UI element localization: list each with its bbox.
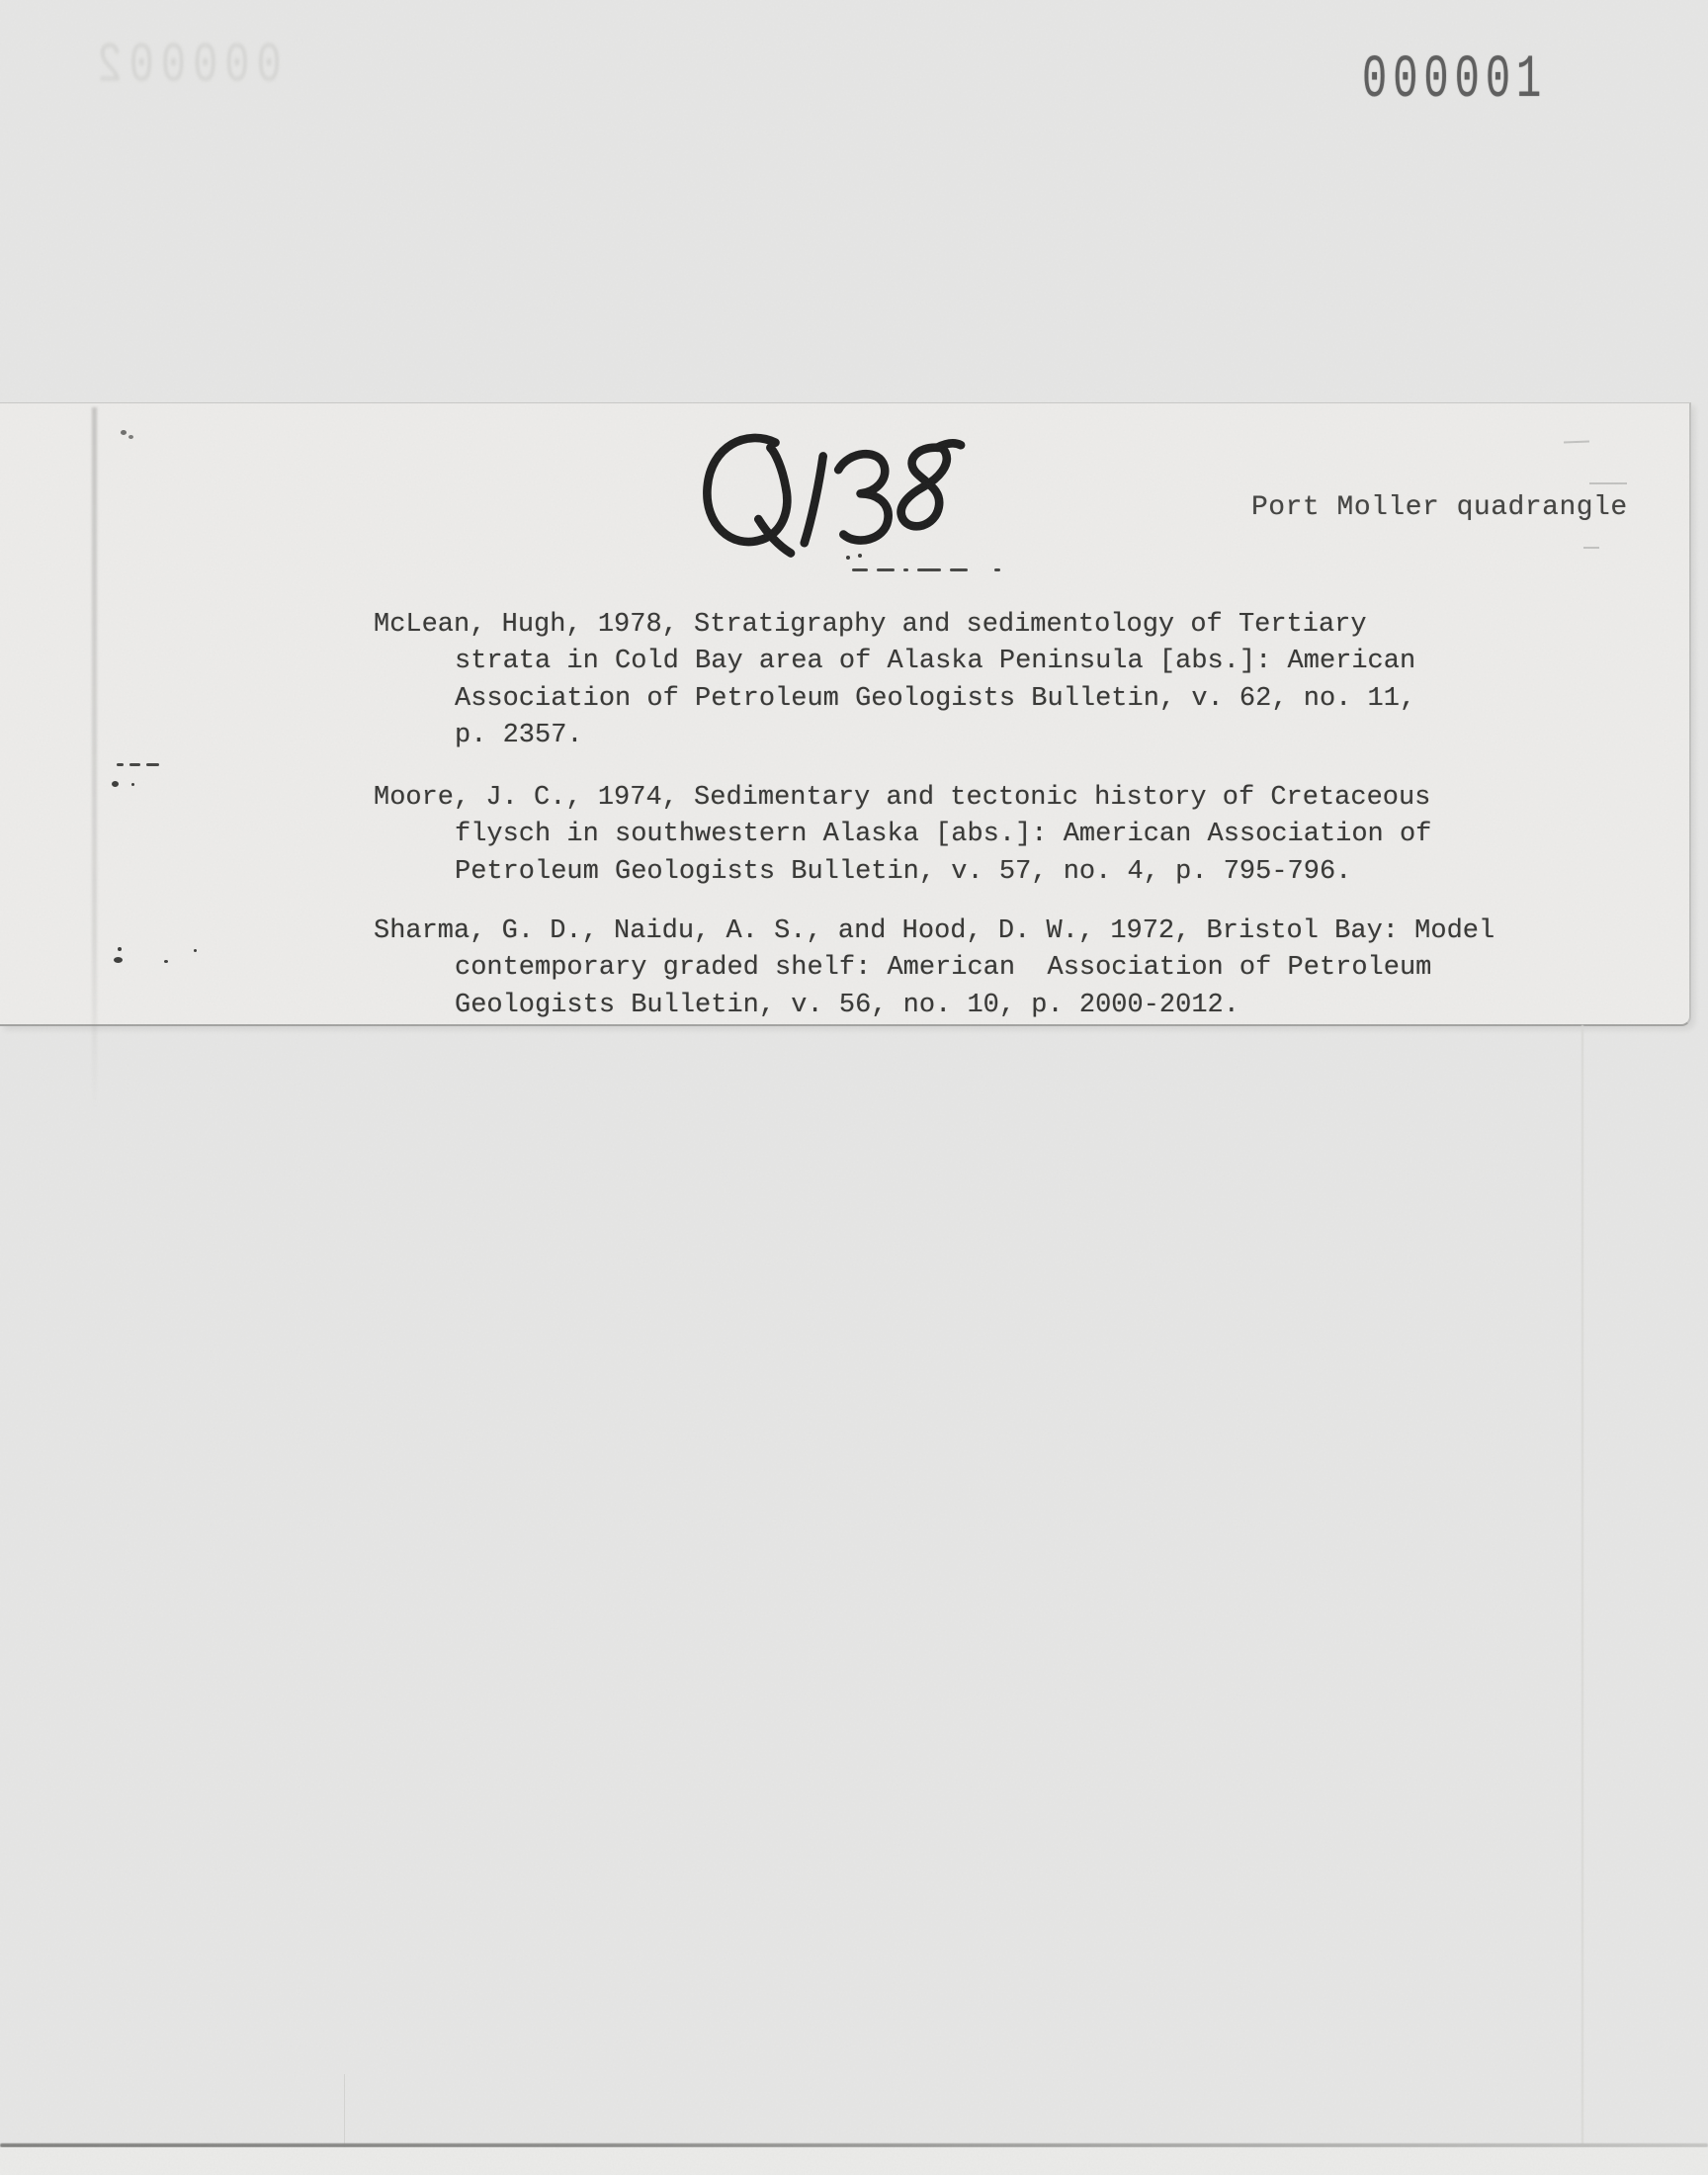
bleedthrough-stamp: 000002 <box>57 34 314 98</box>
entry-line: flysch in southwestern Alaska [abs.]: Am… <box>374 817 1678 853</box>
quadrangle-label: Port Moller quadrangle <box>1251 492 1628 523</box>
faint-dash <box>1583 547 1599 549</box>
handwritten-card-number <box>687 427 968 564</box>
paper-grain-texture <box>0 0 1708 2175</box>
smudge-dot <box>118 947 122 951</box>
paper-crease <box>92 407 97 1109</box>
page-number-stamp: 000001 <box>1362 45 1547 115</box>
smudge-dot <box>112 781 119 787</box>
entry-line: strata in Cold Bay area of Alaska Penins… <box>374 644 1678 680</box>
smudge-dot <box>114 957 123 963</box>
speck <box>128 435 133 439</box>
entry-line: Petroleum Geologists Bulletin, v. 57, no… <box>374 854 1678 891</box>
smudge-dot <box>164 960 168 963</box>
entry-line: p. 2357. <box>374 718 1678 754</box>
entry-line: Sharma, G. D., Naidu, A. S., and Hood, D… <box>374 913 1678 950</box>
entry-line: Moore, J. C., 1974, Sedimentary and tect… <box>374 780 1678 817</box>
sheet-edge <box>1581 1025 1583 2145</box>
smudge-dashes <box>117 763 159 766</box>
scanned-page: 000002 000001 Port Moller quadrangle McL… <box>0 0 1708 2175</box>
speck <box>121 430 127 435</box>
reference-entry-mclean: McLean, Hugh, 1978, Stratigraphy and sed… <box>374 607 1678 754</box>
smudge-dot <box>131 783 134 786</box>
scan-bottom-strip <box>0 2147 1708 2175</box>
entry-line: Association of Petroleum Geologists Bull… <box>374 681 1678 718</box>
smudge-dashes <box>852 568 1000 571</box>
smudge-dot <box>194 949 197 952</box>
entry-line: McLean, Hugh, 1978, Stratigraphy and sed… <box>374 607 1678 644</box>
reference-entry-sharma: Sharma, G. D., Naidu, A. S., and Hood, D… <box>374 913 1678 1024</box>
smudge-dot <box>858 554 862 558</box>
smudge-dot <box>846 556 850 560</box>
reference-entry-moore: Moore, J. C., 1974, Sedimentary and tect… <box>374 780 1678 891</box>
entry-line: contemporary graded shelf: American Asso… <box>374 950 1678 987</box>
entry-line: Geologists Bulletin, v. 56, no. 10, p. 2… <box>374 988 1678 1024</box>
faint-dash <box>1589 482 1627 484</box>
